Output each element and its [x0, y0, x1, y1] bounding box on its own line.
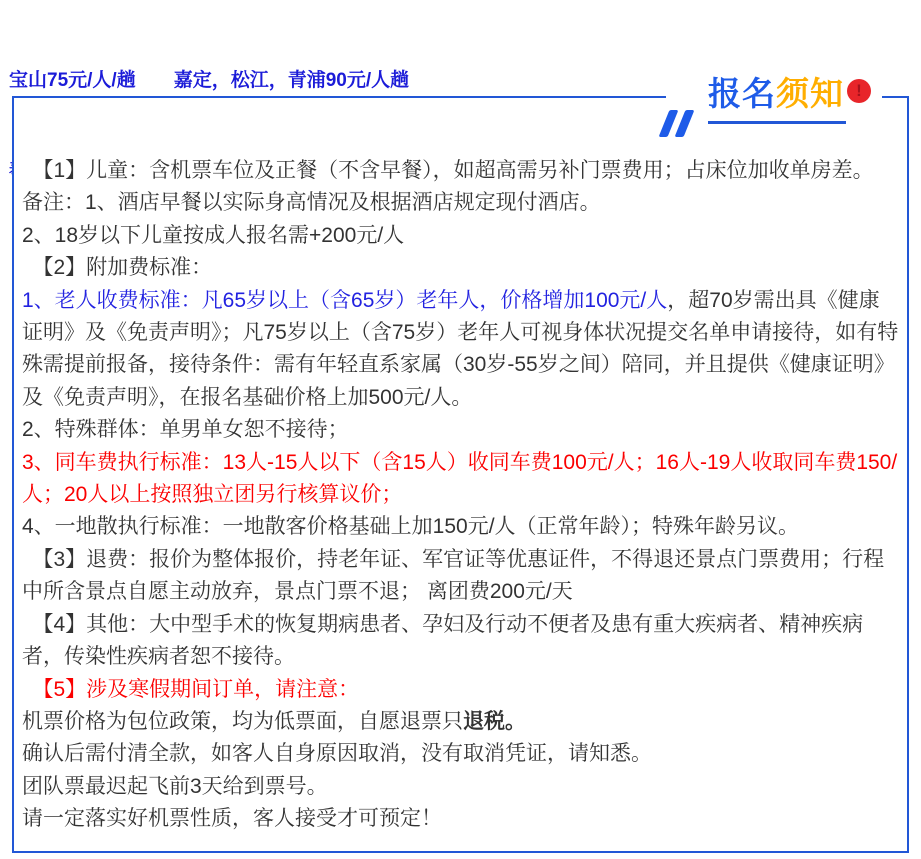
notice-text-segment: 【1】儿童：含机票车位及正餐（不含早餐），如超高需另补门票费用；占床位加收单房差… [22, 159, 874, 182]
notice-text-segment: 退税。 [463, 710, 526, 733]
notice-text-segment: 备注：1、酒店早餐以实际身高情况及根据酒店规定现付酒店。 [22, 191, 601, 214]
section-title-underline [708, 121, 846, 124]
notice-text-segment: 团队票最迟起飞前3天给到票号。 [22, 775, 328, 798]
section-title: 报名须知 [708, 74, 844, 114]
notice-paragraph: 【5】涉及寒假期间订单，请注意： [22, 674, 899, 706]
notice-paragraph: 4、一地散执行标准：一地散客价格基础上加150元/人（正常年龄）；特殊年龄另议。 [22, 511, 899, 543]
notice-paragraph: 请一定落实好机票性质，客人接受才可预定！ [22, 803, 899, 835]
section-title-part-1: 报名 [708, 75, 776, 112]
notice-paragraph: 2、18岁以下儿童按成人报名需+200元/人 [22, 220, 899, 252]
notice-text-segment: 确认后需付清全款，如客人自身原因取消，没有取消凭证，请知悉。 [22, 742, 652, 765]
notice-paragraph: 2、特殊群体：单男单女恕不接待； [22, 414, 899, 446]
alert-exclamation-mark: ! [856, 81, 862, 101]
notice-box: 【1】儿童：含机票车位及正餐（不含早餐），如超高需另补门票费用；占床位加收单房差… [12, 96, 909, 853]
notice-paragraph: 团队票最迟起飞前3天给到票号。 [22, 771, 899, 803]
notice-text-segment: 机票价格为包位政策，均为低票面，自愿退票只 [22, 710, 463, 733]
notice-text-segment: 1、老人收费标准：凡65岁以上（含65岁）老年人，价格增加100元/人 [22, 289, 667, 312]
notice-text-segment: 【3】退费：报价为整体报价，持老年证、军官证等优惠证件，不得退还景点门票费用；行… [22, 548, 884, 603]
notice-text-segment: 请一定落实好机票性质，客人接受才可预定！ [22, 807, 442, 830]
section-title-part-2: 须知 [776, 75, 844, 112]
notice-text-segment: 4、一地散执行标准：一地散客价格基础上加150元/人（正常年龄）；特殊年龄另议。 [22, 515, 799, 538]
notice-paragraph: 3、同车费执行标准：13人-15人以下（含15人）收同车费100元/人；16人-… [22, 447, 899, 512]
notice-paragraph: 1、老人收费标准：凡65岁以上（含65岁）老年人，价格增加100元/人，超70岁… [22, 285, 899, 415]
transport-price-line-1: 宝山75元/人/趟 嘉定，松江，青浦90元/人趟 [9, 66, 409, 96]
notice-text-segment: 【2】附加费标准： [22, 256, 212, 279]
notice-text-segment: 【4】其他：大中型手术的恢复期病患者、孕妇及行动不便者及患有重大疾病者、精神疾病… [22, 613, 863, 668]
notice-text-segment: 【5】涉及寒假期间订单，请注意： [22, 678, 359, 701]
notice-paragraph: 【3】退费：报价为整体报价，持老年证、军官证等优惠证件，不得退还景点门票费用；行… [22, 544, 899, 609]
notice-body: 【1】儿童：含机票车位及正餐（不含早餐），如超高需另补门票费用；占床位加收单房差… [14, 98, 907, 836]
notice-paragraph: 机票价格为包位政策，均为低票面，自愿退票只退税。 [22, 706, 899, 738]
notice-text-segment: 2、特殊群体：单男单女恕不接待； [22, 418, 349, 441]
alert-exclamation-icon: ! [847, 79, 871, 103]
notice-paragraph: 【2】附加费标准： [22, 252, 899, 284]
quote-icon [664, 110, 689, 137]
notice-text-segment: 2、18岁以下儿童按成人报名需+200元/人 [22, 224, 404, 247]
notice-paragraph: 【1】儿童：含机票车位及正餐（不含早餐），如超高需另补门票费用；占床位加收单房差… [22, 155, 899, 187]
notice-paragraph: 【4】其他：大中型手术的恢复期病患者、孕妇及行动不便者及患有重大疾病者、精神疾病… [22, 609, 899, 674]
notice-paragraph: 确认后需付清全款，如客人自身原因取消，没有取消凭证，请知悉。 [22, 738, 899, 770]
page: { "top_note": { "line1": "宝山75元/人/趟 嘉定，松… [0, 0, 921, 859]
notice-paragraph: 备注：1、酒店早餐以实际身高情况及根据酒店规定现付酒店。 [22, 187, 899, 219]
notice-text-segment: 3、同车费执行标准：13人-15人以下（含15人）收同车费100元/人；16人-… [22, 451, 897, 506]
